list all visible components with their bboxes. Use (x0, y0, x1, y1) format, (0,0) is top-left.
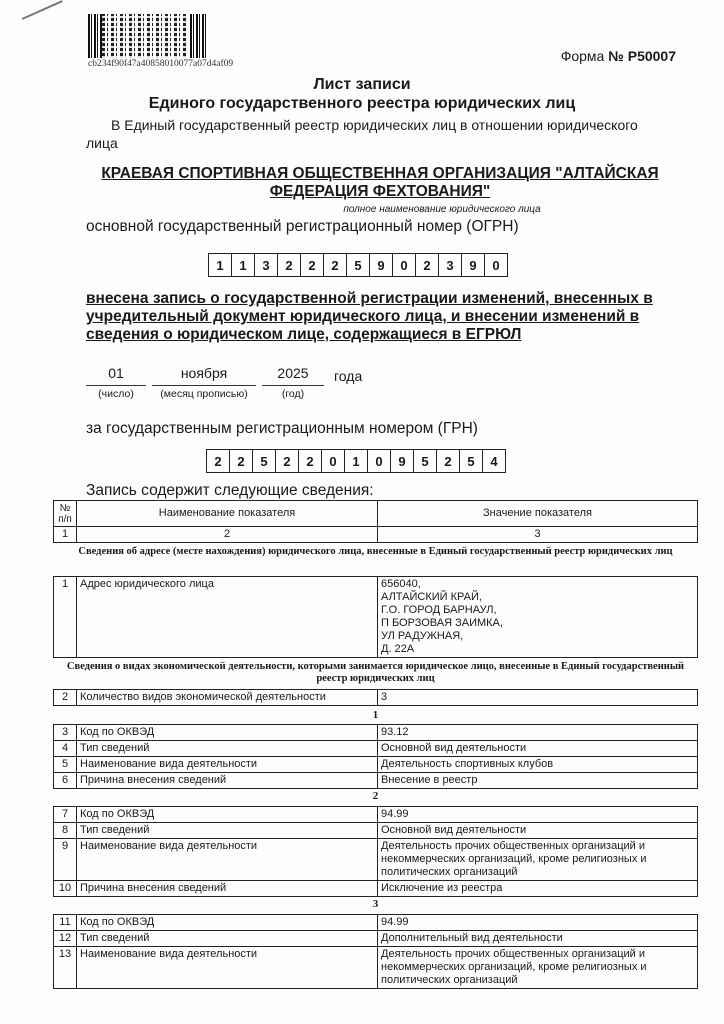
date-day: 01 (86, 365, 146, 386)
ogrn-digit: 2 (300, 254, 323, 276)
grn-digit: 0 (321, 450, 344, 472)
row-name: Причина внесения сведений (77, 773, 378, 789)
ogrn-label: основной государственный регистрационный… (86, 218, 519, 236)
date-year-caption: (год) (262, 388, 324, 400)
column-header-value: Значение показателя (378, 501, 698, 527)
ogrn-digit: 0 (484, 254, 507, 276)
ogrn-digit: 3 (438, 254, 461, 276)
form-code: № Р50007 (608, 48, 676, 64)
table-row: 8 Тип сведений Основной вид деятельности (54, 823, 698, 839)
record-date: 01 (число) ноября (месяц прописью) 2025 … (86, 365, 406, 409)
intro-text: В Единый государственный реестр юридичес… (86, 116, 666, 152)
ogrn-digit: 9 (369, 254, 392, 276)
table-row: 5 Наименование вида деятельности Деятель… (54, 757, 698, 773)
grn-digit: 2 (436, 450, 459, 472)
pen-mark (22, 0, 63, 19)
activity-group-label: 2 (53, 790, 698, 802)
row-name: Тип сведений (77, 823, 378, 839)
row-value: Основной вид деятельности (378, 741, 698, 757)
date-suffix: года (334, 368, 362, 384)
row-value: Дополнительный вид деятельности (378, 931, 698, 947)
table-row: 1 Адрес юридического лица 656040, АЛТАЙС… (54, 577, 698, 658)
row-value: Деятельность прочих общественных организ… (378, 947, 698, 989)
table-row: 10 Причина внесения сведений Исключение … (54, 881, 698, 897)
organization-name-caption: полное наименование юридического лица (0, 204, 724, 215)
table-row: 2 Количество видов экономической деятель… (54, 690, 698, 706)
row-value: 94.99 (378, 807, 698, 823)
row-number: 4 (54, 741, 77, 757)
row-value: 93.12 (378, 725, 698, 741)
row-value: 94.99 (378, 915, 698, 931)
ogrn-digit: 0 (392, 254, 415, 276)
row-value: Деятельность спортивных клубов (378, 757, 698, 773)
document-title: Лист записи (0, 76, 724, 94)
activity-group-table: 11 Код по ОКВЭД 94.99 12 Тип сведений До… (53, 914, 698, 989)
grn-digit: 9 (390, 450, 413, 472)
ogrn-digit: 9 (461, 254, 484, 276)
row-number: 8 (54, 823, 77, 839)
grn-digit: 5 (459, 450, 482, 472)
row-name: Код по ОКВЭД (77, 807, 378, 823)
row-name: Количество видов экономической деятельно… (77, 690, 378, 706)
row-name: Наименование вида деятельности (77, 947, 378, 989)
grn-label: за государственным регистрационным номер… (86, 420, 478, 438)
grn-digit: 2 (229, 450, 252, 472)
table-row: 9 Наименование вида деятельности Деятель… (54, 839, 698, 881)
table-row: 11 Код по ОКВЭД 94.99 (54, 915, 698, 931)
table-row: 12 Тип сведений Дополнительный вид деяте… (54, 931, 698, 947)
ogrn-digit: 3 (254, 254, 277, 276)
column-header-name: Наименование показателя (77, 501, 378, 527)
table-header-row: № п/п Наименование показателя Значение п… (54, 501, 698, 527)
grn-digit: 5 (252, 450, 275, 472)
row-value: 656040, АЛТАЙСКИЙ КРАЙ, Г.О. ГОРОД БАРНА… (378, 577, 698, 658)
row-number: 13 (54, 947, 77, 989)
ogrn-digit: 2 (323, 254, 346, 276)
grn-digit: 4 (482, 450, 505, 472)
activity-count-table: 2 Количество видов экономической деятель… (53, 689, 698, 706)
date-month-field: ноября (месяц прописью) (152, 365, 256, 400)
row-number: 11 (54, 915, 77, 931)
ogrn-digit: 1 (209, 254, 231, 276)
grn-digit: 2 (298, 450, 321, 472)
row-name: Адрес юридического лица (77, 577, 378, 658)
grn-digit: 1 (344, 450, 367, 472)
table-header: № п/п Наименование показателя Значение п… (53, 500, 698, 543)
date-month-caption: (месяц прописью) (152, 388, 256, 400)
barcode-code: cb234f90f47a40858010077a07d4af09 (88, 59, 233, 69)
row-number: 9 (54, 839, 77, 881)
row-value: Исключение из реестра (378, 881, 698, 897)
form-prefix: Форма (561, 48, 605, 64)
row-value: Внесение в реестр (378, 773, 698, 789)
row-name: Наименование вида деятельности (77, 757, 378, 773)
form-number: Форма № Р50007 (561, 48, 676, 64)
ogrn-digit: 2 (415, 254, 438, 276)
column-number: 1 (54, 527, 77, 543)
column-number: 3 (378, 527, 698, 543)
activity-group-label: 1 (53, 709, 698, 721)
date-year: 2025 (262, 365, 324, 386)
row-name: Тип сведений (77, 741, 378, 757)
grn-digit: 2 (275, 450, 298, 472)
date-month: ноября (152, 365, 256, 386)
grn-digit: 0 (367, 450, 390, 472)
activity-section-title: Сведения о видах экономической деятельно… (53, 661, 698, 685)
barcode-icon (88, 14, 208, 58)
table-row: 3 Код по ОКВЭД 93.12 (54, 725, 698, 741)
row-name: Код по ОКВЭД (77, 725, 378, 741)
row-number: 3 (54, 725, 77, 741)
table-row: 13 Наименование вида деятельности Деятел… (54, 947, 698, 989)
activity-group-label: 3 (53, 898, 698, 910)
row-name: Наименование вида деятельности (77, 839, 378, 881)
address-table: 1 Адрес юридического лица 656040, АЛТАЙС… (53, 576, 698, 658)
ogrn-digit: 5 (346, 254, 369, 276)
activity-group-table: 7 Код по ОКВЭД 94.99 8 Тип сведений Осно… (53, 806, 698, 897)
ogrn-digit: 1 (231, 254, 254, 276)
contents-label: Запись содержит следующие сведения: (86, 482, 374, 500)
activity-group-table: 3 Код по ОКВЭД 93.12 4 Тип сведений Осно… (53, 724, 698, 789)
row-name: Тип сведений (77, 931, 378, 947)
row-name: Причина внесения сведений (77, 881, 378, 897)
row-number: 2 (54, 690, 77, 706)
date-day-field: 01 (число) (86, 365, 146, 400)
ogrn-digit-grid: 1 1 3 2 2 2 5 9 0 2 3 9 0 (208, 253, 508, 277)
row-name: Код по ОКВЭД (77, 915, 378, 931)
row-value: Деятельность прочих общественных организ… (378, 839, 698, 881)
table-row: 4 Тип сведений Основной вид деятельности (54, 741, 698, 757)
ogrn-digit: 2 (277, 254, 300, 276)
table-header-numbers-row: 1 2 3 (54, 527, 698, 543)
record-statement: внесена запись о государственной регистр… (86, 290, 676, 344)
column-header-num: № п/п (54, 501, 77, 527)
row-value: 3 (378, 690, 698, 706)
organization-name: КРАЕВАЯ СПОРТИВНАЯ ОБЩЕСТВЕННАЯ ОРГАНИЗА… (90, 165, 670, 201)
row-number: 7 (54, 807, 77, 823)
row-number: 5 (54, 757, 77, 773)
row-number: 6 (54, 773, 77, 789)
column-number: 2 (77, 527, 378, 543)
row-number: 10 (54, 881, 77, 897)
table-row: 6 Причина внесения сведений Внесение в р… (54, 773, 698, 789)
grn-digit: 5 (413, 450, 436, 472)
row-value: Основной вид деятельности (378, 823, 698, 839)
row-number: 12 (54, 931, 77, 947)
document-subtitle: Единого государственного реестра юридиче… (0, 95, 724, 113)
table-row: 7 Код по ОКВЭД 94.99 (54, 807, 698, 823)
row-number: 1 (54, 577, 77, 658)
address-section-title: Сведения об адресе (месте нахождения) юр… (53, 546, 698, 558)
grn-digit-grid: 2 2 5 2 2 0 1 0 9 5 2 5 4 (206, 449, 506, 473)
grn-digit: 2 (207, 450, 229, 472)
date-day-caption: (число) (86, 388, 146, 400)
date-year-field: 2025 (год) (262, 365, 324, 400)
